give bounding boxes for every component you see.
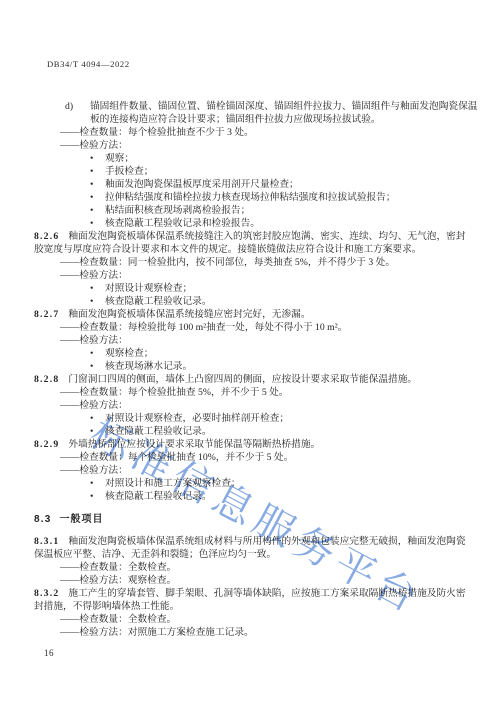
dash-line: ——检查数量：每检验批每 100 m²抽查一处，每处不得小于 10 m²。	[34, 321, 472, 334]
list-item: d)锚固组件数量、锚固位置、锚栓锚固深度、锚固组件拉拔力、锚固组件与釉面发泡陶瓷…	[34, 100, 472, 126]
clause-text: 釉面发泡陶瓷板墙体保温系统组成材料与所用构件的外观和包装应完整无破损，釉面发泡陶…	[68, 536, 465, 547]
clause-line: 保温板应平整、洁净、无歪斜和裂缝；色泽应均匀一致。	[34, 548, 472, 561]
bullet-text: 核查隐蔽工程验收记录和检验报告。	[105, 218, 260, 229]
bullet-icon: •	[90, 165, 93, 178]
section-number: 8.3	[34, 514, 52, 525]
clause-number: 8.2.9	[34, 439, 59, 450]
bullet-text: 核查隐蔽工程验收记录。	[105, 426, 212, 437]
bullet-text: 观察；	[105, 153, 134, 164]
dash-line: ——检查数量：全数检查。	[34, 613, 472, 626]
clause-text: 施工产生的穿墙套管、脚手架眼、孔洞等墙体缺陷，应按施工方案采取隔断热桥措施及防火…	[68, 588, 465, 599]
bullet-text: 粘结面积核查现场剥离检验报告；	[105, 205, 250, 216]
bullet-icon: •	[90, 412, 93, 425]
bullet-icon: •	[90, 217, 93, 230]
clause-text: 胶宽度与厚度应符合设计要求和本文件的规定。接缝嵌缝做法应符合设计和施工方案要求。	[34, 244, 422, 255]
list-item-line: 板的连接构造应符合设计要求；锚固组件拉拔力应做现场拉拔试验。	[34, 113, 472, 126]
bullet-text: 核查隐蔽工程验收记录。	[105, 296, 212, 307]
clause-paragraph: 8.2.8门窗洞口四周的侧面，墙体上凸窗四周的侧面，应按设计要求采取节能保温措施…	[34, 373, 472, 386]
clause-number: 8.2.8	[34, 374, 59, 385]
running-header: DB34/T 4094—2022	[47, 59, 130, 69]
dash-line: ——检验方法：对照施工方案检查施工记录。	[34, 626, 472, 639]
clause-number: 8.3.1	[34, 536, 59, 547]
bullet-text: 观察检查；	[105, 348, 153, 359]
bullet-item: •核查隐蔽工程验收记录。	[34, 490, 472, 503]
bullet-item: •拉伸粘结强度和锚栓拉拔力核查现场拉伸粘结强度和拉拔试验报告；	[34, 191, 472, 204]
clause-line: 8.2.8门窗洞口四周的侧面，墙体上凸窗四周的侧面，应按设计要求采取节能保温措施…	[34, 373, 472, 386]
bullet-item: •核查现场淋水记录。	[34, 360, 472, 373]
bullet-icon: •	[90, 477, 93, 490]
bullet-icon: •	[90, 204, 93, 217]
bullet-item: •手扳检查；	[34, 165, 472, 178]
clause-number: 8.2.7	[34, 309, 59, 320]
bullet-icon: •	[90, 347, 93, 360]
page: DB34/T 4094—2022 标准信息服务平台 d)锚固组件数量、锚固位置、…	[0, 0, 500, 707]
section-title: 一般项目	[60, 514, 104, 525]
page-number: 16	[44, 648, 54, 658]
dash-line: ——检查数量：每个检验批抽查 10%，并不少于 5 处。	[34, 451, 472, 464]
bullet-text: 釉面发泡陶瓷保温板厚度采用剖开尺量检查；	[105, 179, 299, 190]
bullet-item: •观察检查；	[34, 347, 472, 360]
clause-paragraph: 8.3.2施工产生的穿墙套管、脚手架眼、孔洞等墙体缺陷，应按施工方案采取隔断热桥…	[34, 587, 472, 613]
bullet-icon: •	[90, 360, 93, 373]
list-item-text: 锚固组件数量、锚固位置、锚栓锚固深度、锚固组件拉拔力、锚固组件与釉面发泡陶瓷保温	[90, 101, 478, 112]
clause-paragraph: 8.2.6釉面发泡陶瓷板墙体保温系统接缝注入的筑密封胶应饱满、密实、连续、均匀、…	[34, 230, 472, 256]
bullet-icon: •	[90, 295, 93, 308]
bullet-item: •对照设计观察检查，必要时抽样剖开检查；	[34, 412, 472, 425]
clause-line: 胶宽度与厚度应符合设计要求和本文件的规定。接缝嵌缝做法应符合设计和施工方案要求。	[34, 243, 472, 256]
clause-line: 8.2.9外墙热桥部位应按设计要求采取节能保温等隔断热桥措施。	[34, 438, 472, 451]
clause-number: 8.2.6	[34, 231, 59, 242]
bullet-icon: •	[90, 191, 93, 204]
bullet-text: 对照设计观察检查；	[105, 283, 192, 294]
clause-number: 8.3.2	[34, 588, 59, 599]
bullet-item: •核查隐蔽工程验收记录。	[34, 425, 472, 438]
bullet-item: •粘结面积核查现场剥离检验报告；	[34, 204, 472, 217]
clause-line: 8.3.2施工产生的穿墙套管、脚手架眼、孔洞等墙体缺陷，应按施工方案采取隔断热桥…	[34, 587, 472, 600]
bullet-icon: •	[90, 425, 93, 438]
bullet-item: •釉面发泡陶瓷保温板厚度采用剖开尺量检查；	[34, 178, 472, 191]
dash-line: ——检验方法：	[34, 399, 472, 412]
clause-paragraph: 8.2.7釉面发泡陶瓷板墙体保温系统接缝应密封完好，无渗漏。	[34, 308, 472, 321]
clause-text: 保温板应平整、洁净、无歪斜和裂缝；色泽应均匀一致。	[34, 549, 276, 560]
bullet-icon: •	[90, 152, 93, 165]
bullet-icon: •	[90, 490, 93, 503]
dash-line: ——检查数量：全数检查。	[34, 561, 472, 574]
dash-line: ——检验方法：	[34, 334, 472, 347]
bullet-text: 核查隐蔽工程验收记录。	[105, 491, 212, 502]
bullet-text: 核查现场淋水记录。	[105, 361, 192, 372]
dash-line: ——检验方法：	[34, 139, 472, 152]
bullet-item: •核查隐蔽工程验收记录和检验报告。	[34, 217, 472, 230]
list-item-label: d)	[65, 100, 73, 113]
clause-paragraph: 8.2.9外墙热桥部位应按设计要求采取节能保温等隔断热桥措施。	[34, 438, 472, 451]
clause-text: 封措施，不得影响墙体热工性能。	[34, 601, 179, 612]
clause-line: 封措施，不得影响墙体热工性能。	[34, 600, 472, 613]
clause-line: 8.3.1釉面发泡陶瓷板墙体保温系统组成材料与所用构件的外观和包装应完整无破损，…	[34, 535, 472, 548]
dash-line: ——检验方法：观察检查。	[34, 574, 472, 587]
list-item-line: d)锚固组件数量、锚固位置、锚栓锚固深度、锚固组件拉拔力、锚固组件与釉面发泡陶瓷…	[34, 100, 472, 113]
bullet-text: 对照设计观察检查，必要时抽样剖开检查；	[105, 413, 289, 424]
dash-line: ——检验方法：	[34, 464, 472, 477]
clause-paragraph: 8.3.1釉面发泡陶瓷板墙体保温系统组成材料与所用构件的外观和包装应完整无破损，…	[34, 535, 472, 561]
bullet-icon: •	[90, 282, 93, 295]
clause-text: 门窗洞口四周的侧面，墙体上凸窗四周的侧面，应按设计要求采取节能保温措施。	[68, 374, 417, 385]
dash-line: ——检查数量：每个检验批抽查 5%，并不少于 5 处。	[34, 386, 472, 399]
list-item-text: 板的连接构造应符合设计要求；锚固组件拉拔力应做现场拉拔试验。	[90, 114, 381, 125]
bullet-item: •对照设计和施工方案观察检查；	[34, 477, 472, 490]
bullet-text: 对照设计和施工方案观察检查；	[105, 478, 241, 489]
dash-line: ——检查数量：同一检验批内，按不同部位，每类抽查 5%，并不得少于 3 处。	[34, 256, 472, 269]
clause-line: 8.2.7釉面发泡陶瓷板墙体保温系统接缝应密封完好，无渗漏。	[34, 308, 472, 321]
clause-text: 釉面发泡陶瓷板墙体保温系统接缝注入的筑密封胶应饱满、密实、连续、均匀、无气泡，密…	[68, 231, 465, 242]
dash-line: ——检验方法：	[34, 269, 472, 282]
document-body: d)锚固组件数量、锚固位置、锚栓锚固深度、锚固组件拉拔力、锚固组件与釉面发泡陶瓷…	[34, 100, 472, 639]
bullet-item: •对照设计观察检查；	[34, 282, 472, 295]
section-heading: 8.3一般项目	[34, 513, 472, 526]
bullet-item: •核查隐蔽工程验收记录。	[34, 295, 472, 308]
clause-line: 8.2.6釉面发泡陶瓷板墙体保温系统接缝注入的筑密封胶应饱满、密实、连续、均匀、…	[34, 230, 472, 243]
bullet-text: 手扳检查；	[105, 166, 153, 177]
clause-text: 釉面发泡陶瓷板墙体保温系统接缝应密封完好，无渗漏。	[68, 309, 310, 320]
bullet-item: •观察；	[34, 152, 472, 165]
bullet-icon: •	[90, 178, 93, 191]
clause-text: 外墙热桥部位应按设计要求采取节能保温等隔断热桥措施。	[68, 439, 320, 450]
bullet-text: 拉伸粘结强度和锚栓拉拔力核查现场拉伸粘结强度和拉拔试验报告；	[105, 192, 396, 203]
dash-line: ——检查数量：每个检验批抽查不少于 3 处。	[34, 126, 472, 139]
